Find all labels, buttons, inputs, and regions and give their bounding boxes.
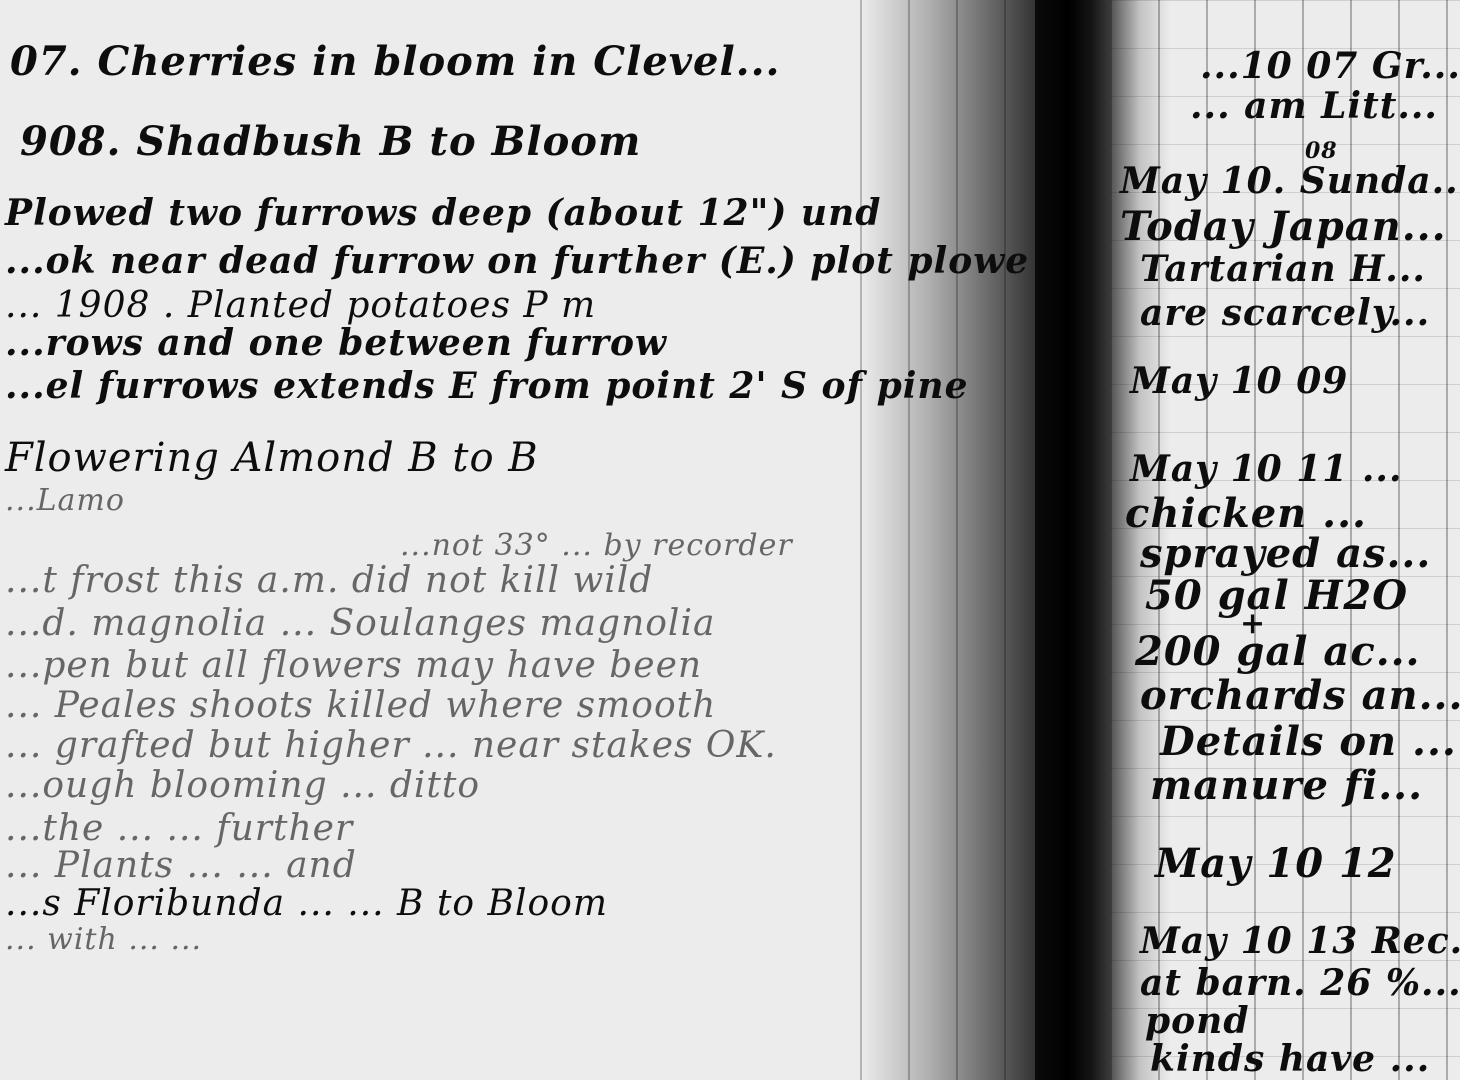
entry-magnolia: ...d. magnolia ... Soulanges magnolia [5, 603, 715, 644]
entry-furrows-extends: ...el furrows extends E from point 2' S … [5, 365, 969, 407]
entry-dead-furrow: ...ok near dead furrow on further (E.) p… [5, 240, 1029, 282]
entry-right-50-gal-h2o: 50 gal H2O [1145, 572, 1408, 619]
entry-grafted-stakes: ... grafted but higher ... near stakes O… [5, 725, 777, 766]
entry-right-kinds-have: kinds have ... [1150, 1038, 1430, 1080]
book-binding-gutter [1035, 0, 1110, 1080]
entry-right-today-japan: Today Japan... [1120, 203, 1447, 250]
entry-right-200-gal: 200 gal ac... [1135, 628, 1420, 675]
entry-shadbush-bloom: 908. Shadbush B to Bloom [20, 118, 641, 165]
entry-plowed-furrows: Plowed two furrows deep (about 12") und [5, 192, 881, 234]
entry-right-at-barn: at barn. 26 %... [1140, 962, 1460, 1004]
entry-blooming-ditto: ...ough blooming ... ditto [5, 765, 480, 806]
entry-right-am-litt: ... am Litt... [1190, 85, 1438, 127]
entry-right-details: Details on ... [1160, 718, 1457, 765]
entry-flowering-almond: Flowering Almond B to B [5, 435, 539, 481]
entry-right-sprayed: sprayed as... [1140, 530, 1431, 577]
entry-right-pond: pond [1145, 1000, 1250, 1042]
entry-peach-shoots: ... Peales shoots killed where smooth [5, 685, 716, 726]
entry-right-may10-sunday: May 10. Sunda... [1120, 160, 1460, 202]
entry-almond-note: ...Lamo [5, 483, 125, 518]
entry-right-10-07: ...10 07 Gr... [1200, 45, 1460, 87]
entry-right-may-10-12: May 10 12 [1155, 840, 1397, 887]
entry-rows-between-furrow: ...rows and one between furrow [5, 322, 667, 364]
entry-floribunda-bloom: ...s Floribunda ... ... B to Bloom [5, 883, 608, 924]
left-journal-page: 07. Cherries in bloom in Clevel... 908. … [0, 0, 1035, 1080]
entry-right-may-10-13: May 10 13 Rec... [1140, 920, 1460, 962]
entry-flowers-may-have-been: ...pen but all flowers may have been [5, 645, 702, 686]
left-page-grid-margin [860, 0, 1035, 1080]
entry-cherries-bloom: 07. Cherries in bloom in Clevel... [10, 38, 780, 85]
entry-planted-potatoes: ... 1908 . Planted potatoes P m [5, 285, 596, 326]
entry-right-may-10-11: May 10 11 ... [1130, 448, 1403, 490]
entry-recorder-temp: ...not 33° ... by recorder [400, 528, 793, 563]
entry-with: ... with ... ... [5, 922, 202, 957]
right-journal-page: ...10 07 Gr... ... am Litt... 08 May 10.… [1110, 0, 1460, 1080]
entry-further: ...the ... ... further [5, 808, 353, 849]
entry-right-may-10-09: May 10 09 [1130, 360, 1348, 402]
entry-frost-wild: ...t frost this a.m. did not kill wild [5, 560, 653, 601]
entry-right-orchards: orchards an... [1140, 672, 1460, 719]
entry-plants-and: ... Plants ... ... and [5, 845, 357, 886]
entry-right-scarcely: are scarcely... [1140, 292, 1430, 334]
entry-right-tartarian: Tartarian H... [1140, 248, 1426, 290]
entry-right-manure: manure fi... [1150, 762, 1423, 809]
